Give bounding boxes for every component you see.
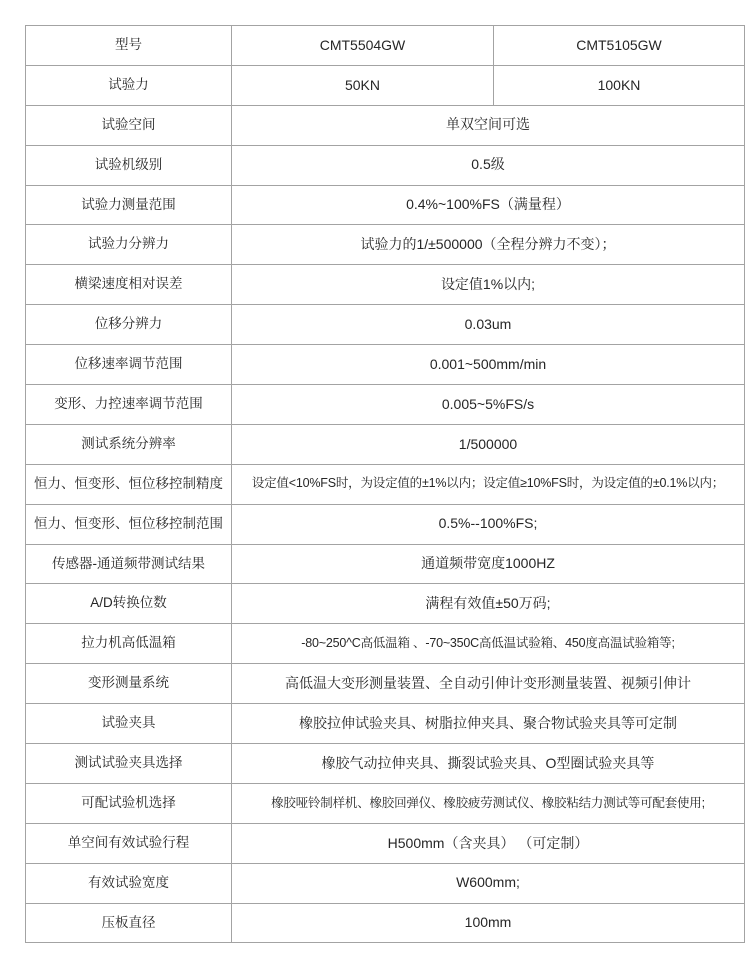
row-label: 有效试验宽度 bbox=[26, 863, 232, 903]
row-label: 变形、力控速率调节范围 bbox=[26, 385, 232, 425]
row-label: 试验机级别 bbox=[26, 145, 232, 185]
table-row-displacement-rate-range: 位移速率调节范围 0.001~500mm/min bbox=[26, 345, 745, 385]
row-label: 试验力 bbox=[26, 65, 232, 105]
table-row-effective-width: 有效试验宽度 W600mm; bbox=[26, 863, 745, 903]
table-row-control-precision: 恒力、恒变形、恒位移控制精度 设定值<10%FS时，为设定值的±1%以内；设定值… bbox=[26, 464, 745, 504]
row-value: 0.4%~100%FS（满量程） bbox=[232, 185, 745, 225]
row-label: 压板直径 bbox=[26, 903, 232, 943]
table-row-deform-rate-range: 变形、力控速率调节范围 0.005~5%FS/s bbox=[26, 385, 745, 425]
table-row-test-force: 试验力 50KN 100KN bbox=[26, 65, 745, 105]
row-label: 试验力分辨力 bbox=[26, 225, 232, 265]
row-label: 型号 bbox=[26, 26, 232, 66]
row-value: 100mm bbox=[232, 903, 745, 943]
table-row-model: 型号 CMT5504GW CMT5105GW bbox=[26, 26, 745, 66]
row-value: 单双空间可选 bbox=[232, 105, 745, 145]
model-col1-value: CMT5504GW bbox=[232, 26, 494, 66]
row-label: 可配试验机选择 bbox=[26, 783, 232, 823]
table-row-platen-diameter: 压板直径 100mm bbox=[26, 903, 745, 943]
row-value: 0.005~5%FS/s bbox=[232, 385, 745, 425]
row-value: W600mm; bbox=[232, 863, 745, 903]
table-row-optional-machines: 可配试验机选择 橡胶哑铃制样机、橡胶回弹仪、橡胶疲劳测试仪、橡胶粘结力测试等可配… bbox=[26, 783, 745, 823]
row-label: 试验力测量范围 bbox=[26, 185, 232, 225]
table-row-sensor-bandwidth: 传感器-通道频带测试结果 通道频带宽度1000HZ bbox=[26, 544, 745, 584]
table-row-displacement-resolution: 位移分辨力 0.03um bbox=[26, 305, 745, 345]
row-label: 恒力、恒变形、恒位移控制精度 bbox=[26, 464, 232, 504]
row-label: 恒力、恒变形、恒位移控制范围 bbox=[26, 504, 232, 544]
force-col1-value: 50KN bbox=[232, 65, 494, 105]
row-label: 位移速率调节范围 bbox=[26, 345, 232, 385]
row-value: 通道频带宽度1000HZ bbox=[232, 544, 745, 584]
row-label: 单空间有效试验行程 bbox=[26, 823, 232, 863]
row-label: 横梁速度相对误差 bbox=[26, 265, 232, 305]
row-value: 满程有效值±50万码; bbox=[232, 584, 745, 624]
row-value: 试验力的1/±500000（全程分辨力不变）； bbox=[232, 225, 745, 265]
row-value: 0.001~500mm/min bbox=[232, 345, 745, 385]
row-value: H500mm（含夹具） （可定制） bbox=[232, 823, 745, 863]
spec-page: 型号 CMT5504GW CMT5105GW 试验力 50KN 100KN 试验… bbox=[0, 0, 746, 971]
row-value: 1/500000 bbox=[232, 424, 745, 464]
row-value: 橡胶哑铃制样机、橡胶回弹仪、橡胶疲劳测试仪、橡胶粘结力测试等可配套使用; bbox=[232, 783, 745, 823]
table-row-fixture-selection: 测试试验夹具选择 橡胶气动拉伸夹具、撕裂试验夹具、O型圈试验夹具等 bbox=[26, 744, 745, 784]
force-col2-value: 100KN bbox=[494, 65, 745, 105]
table-row-beam-speed-error: 横梁速度相对误差 设定值1%以内; bbox=[26, 265, 745, 305]
table-row-test-fixtures: 试验夹具 橡胶拉伸试验夹具、树脂拉伸夹具、聚合物试验夹具等可定制 bbox=[26, 704, 745, 744]
row-value: -80~250^C高低温箱 、-70~350C高低温试验箱、450度高温试验箱等… bbox=[232, 624, 745, 664]
table-row-system-resolution: 测试系统分辨率 1/500000 bbox=[26, 424, 745, 464]
table-row-effective-stroke: 单空间有效试验行程 H500mm（含夹具） （可定制） bbox=[26, 823, 745, 863]
row-value: 设定值1%以内; bbox=[232, 265, 745, 305]
row-label: 变形测量系统 bbox=[26, 664, 232, 704]
table-row-force-resolution: 试验力分辨力 试验力的1/±500000（全程分辨力不变）； bbox=[26, 225, 745, 265]
row-value: 0.5级 bbox=[232, 145, 745, 185]
table-row-machine-class: 试验机级别 0.5级 bbox=[26, 145, 745, 185]
row-label: 传感器-通道频带测试结果 bbox=[26, 544, 232, 584]
row-value: 设定值<10%FS时，为设定值的±1%以内；设定值≥10%FS时，为设定值的±0… bbox=[232, 464, 745, 504]
table-row-force-range: 试验力测量范围 0.4%~100%FS（满量程） bbox=[26, 185, 745, 225]
table-row-control-range: 恒力、恒变形、恒位移控制范围 0.5%--100%FS; bbox=[26, 504, 745, 544]
spec-table: 型号 CMT5504GW CMT5105GW 试验力 50KN 100KN 试验… bbox=[25, 25, 745, 943]
table-row-deform-measure-system: 变形测量系统 高低温大变形测量装置、全自动引伸计变形测量装置、视频引伸计 bbox=[26, 664, 745, 704]
row-label: 试验空间 bbox=[26, 105, 232, 145]
table-row-temp-chamber: 拉力机高低温箱 -80~250^C高低温箱 、-70~350C高低温试验箱、45… bbox=[26, 624, 745, 664]
row-label: 拉力机高低温箱 bbox=[26, 624, 232, 664]
row-value: 橡胶气动拉伸夹具、撕裂试验夹具、O型圈试验夹具等 bbox=[232, 744, 745, 784]
row-label: A/D转换位数 bbox=[26, 584, 232, 624]
table-row-test-space: 试验空间 单双空间可选 bbox=[26, 105, 745, 145]
row-label: 测试试验夹具选择 bbox=[26, 744, 232, 784]
row-value: 高低温大变形测量装置、全自动引伸计变形测量装置、视频引伸计 bbox=[232, 664, 745, 704]
row-value: 0.5%--100%FS; bbox=[232, 504, 745, 544]
model-col2-value: CMT5105GW bbox=[494, 26, 745, 66]
row-label: 测试系统分辨率 bbox=[26, 424, 232, 464]
row-label: 位移分辨力 bbox=[26, 305, 232, 345]
row-value: 橡胶拉伸试验夹具、树脂拉伸夹具、聚合物试验夹具等可定制 bbox=[232, 704, 745, 744]
table-row-ad-bits: A/D转换位数 满程有效值±50万码; bbox=[26, 584, 745, 624]
row-label: 试验夹具 bbox=[26, 704, 232, 744]
row-value: 0.03um bbox=[232, 305, 745, 345]
